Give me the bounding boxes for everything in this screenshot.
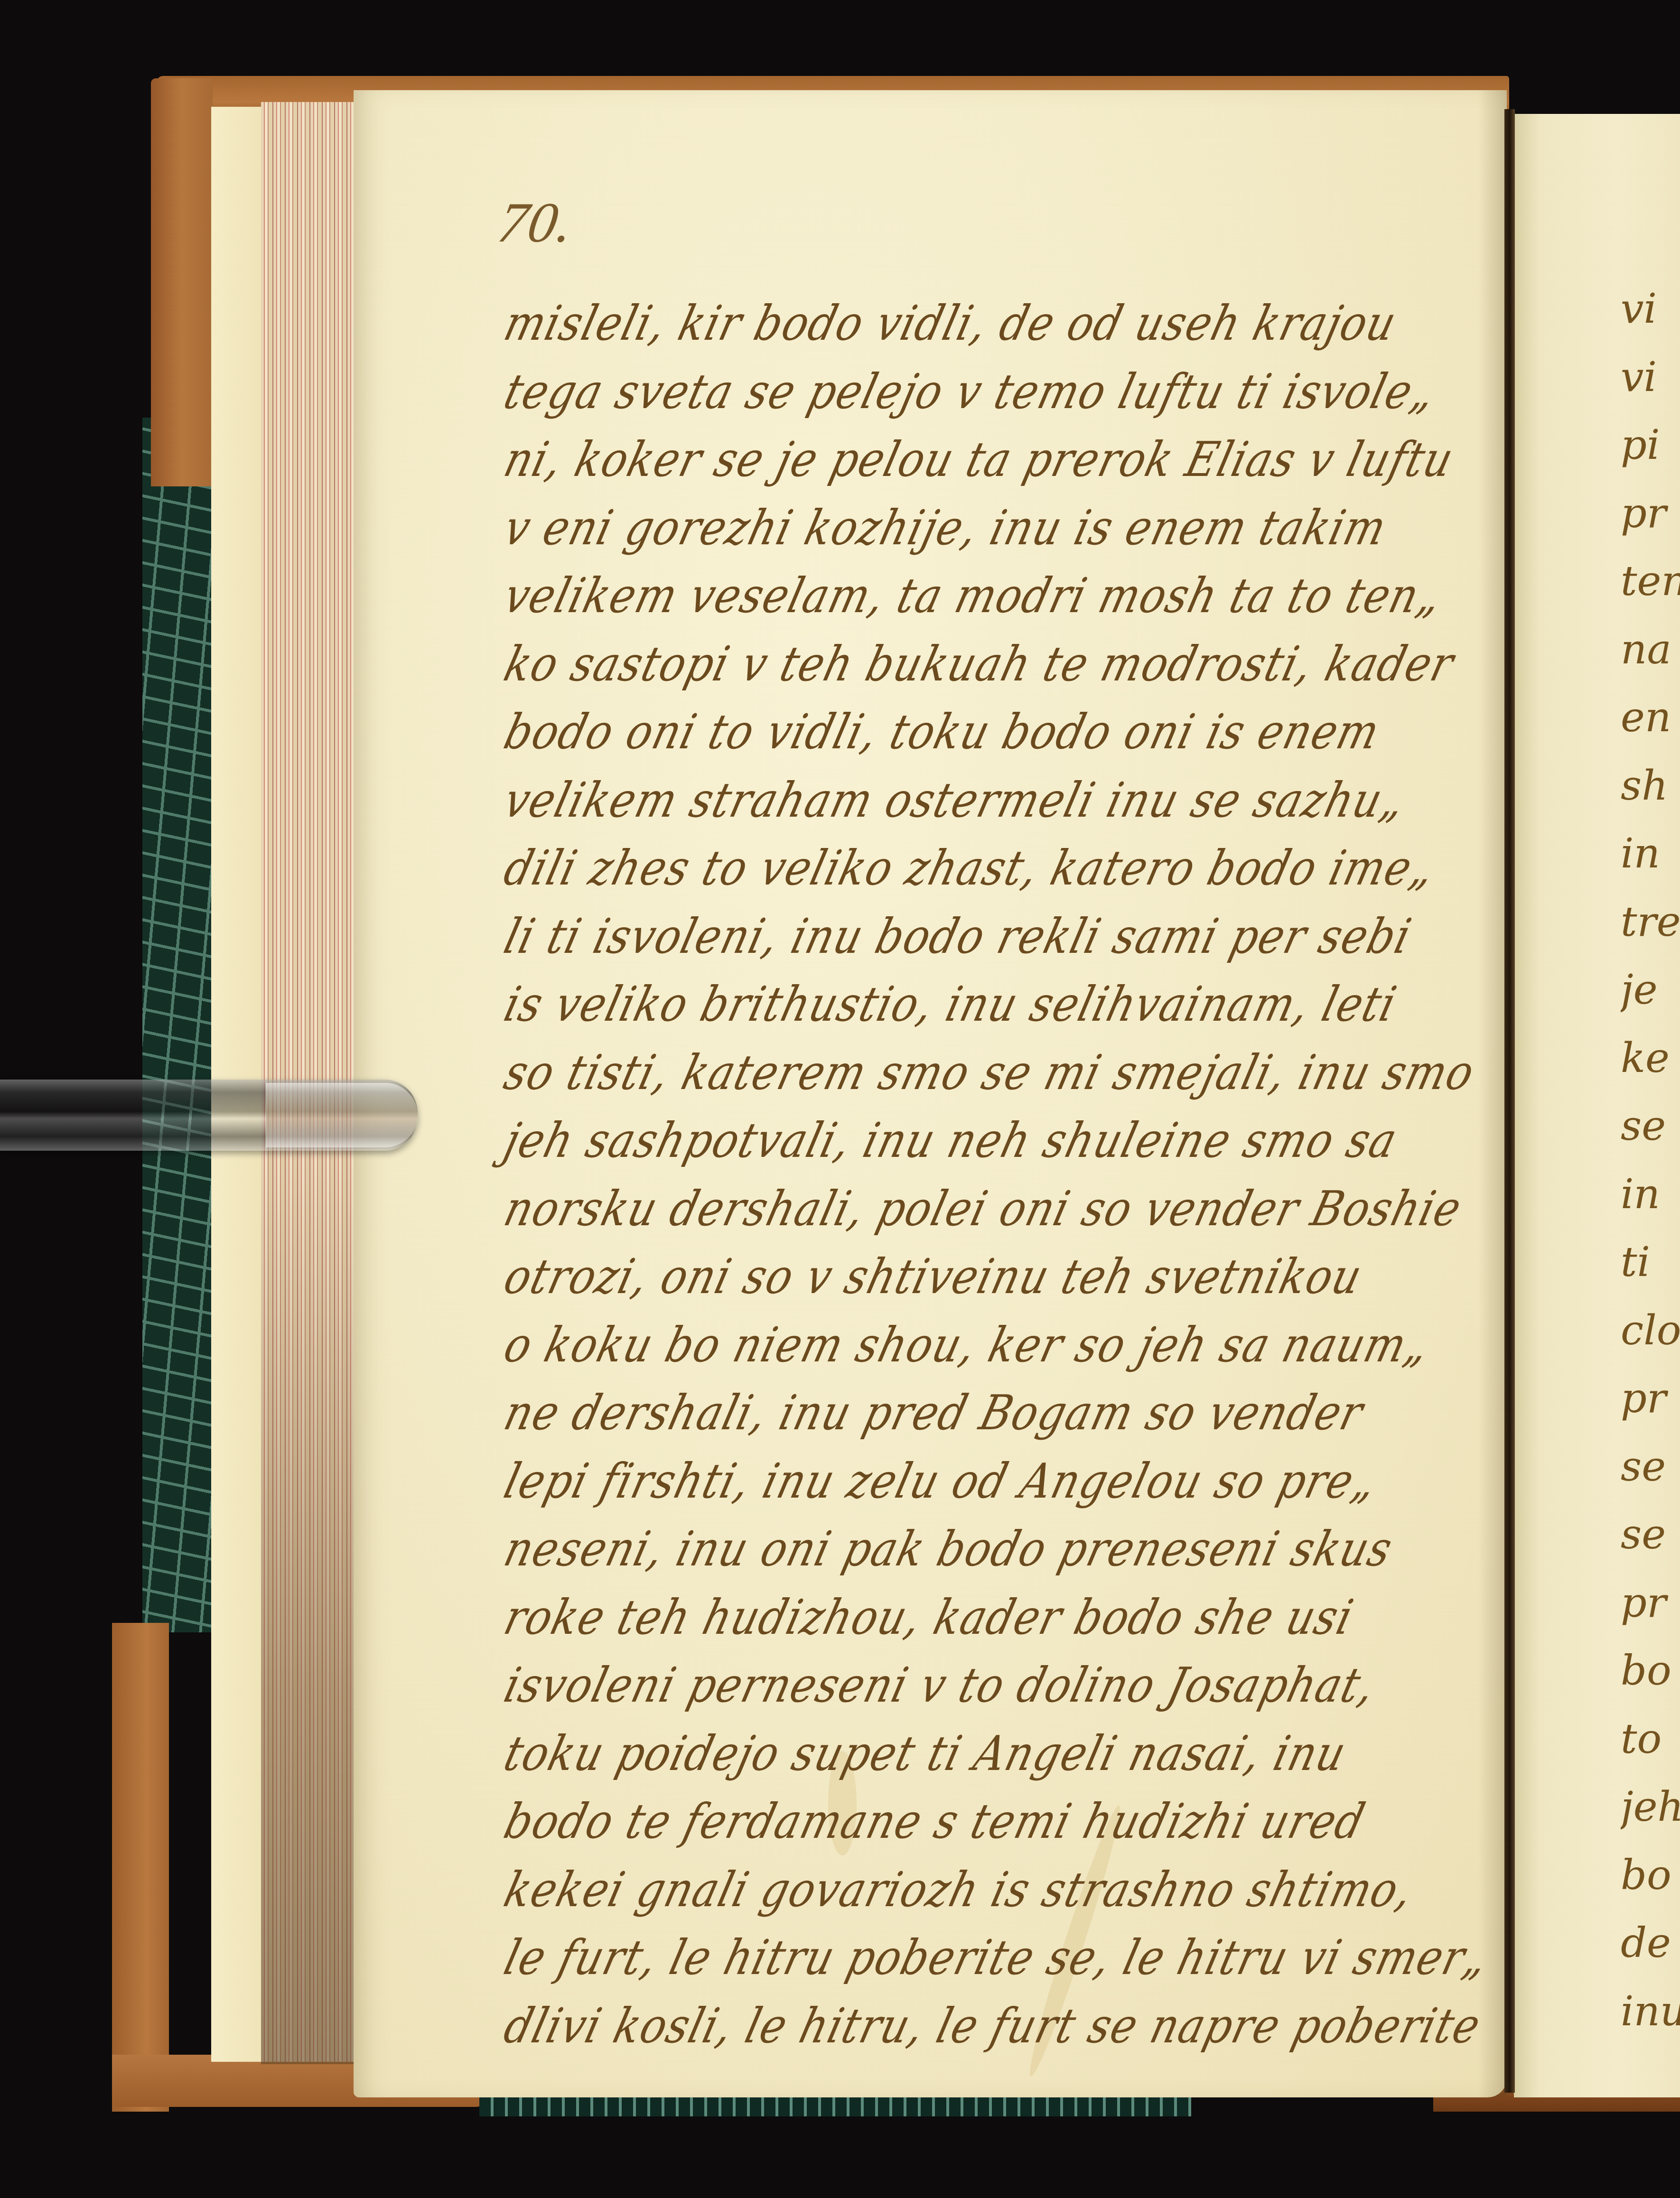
fragment-line: sh [1621,752,1680,820]
right-page-text-fragments: vi vi pi pr ten na en sh in tre je ke se… [1621,275,1680,2046]
leather-cover-corner-bottom [112,1623,169,2112]
green-endpaper [142,418,214,1632]
text-line: roke teh hudizhou, kader bodo she usi [496,1578,1484,1656]
fragment-line: vi [1621,344,1680,412]
fragment-line: en [1621,684,1680,752]
text-line: otrozi, oni so v shtiveinu teh svetnikou [496,1237,1484,1315]
fragment-line: se [1621,1433,1680,1501]
text-line: ne dershali, inu pred Bogam so vender [496,1373,1484,1452]
fragment-line: ten [1621,548,1680,616]
text-line: bodo oni to vidli, toku bodo oni is enem [496,692,1484,771]
fragment-line: de [1621,1909,1680,1978]
text-line: velikem veselam, ta modri mosh ta to ten… [496,556,1484,634]
fragment-line: to [1621,1705,1680,1774]
fragment-line: vi [1621,275,1680,344]
fragment-line: ti [1621,1229,1680,1297]
fragment-line: pr [1621,1569,1680,1638]
text-line: tega sveta se pelejo v temo luftu ti isv… [496,352,1484,430]
text-line: o koku bo niem shou, ker so jeh sa naum„ [496,1305,1484,1384]
text-line: ni, koker se je pelou ta prerok Elias v … [496,420,1484,498]
text-line: misleli, kir bodo vidli, de od useh kraj… [496,284,1484,362]
fragment-line: bo [1621,1842,1680,1910]
fragment-line: jeh [1621,1773,1680,1842]
text-line: neseni, inu oni pak bodo preneseni skus [496,1509,1484,1588]
text-line: norsku dershali, polei oni so vender Bos… [496,1169,1484,1248]
text-line: li ti isvoleni, inu bodo rekli sami per … [496,897,1484,975]
fragment-line: clo [1621,1297,1680,1365]
fragment-line: inu [1621,1978,1680,2046]
text-line: is veliko brithustio, inu selihvainam, l… [496,965,1484,1043]
text-line: dili zhes to veliko zhast, katero bodo i… [496,829,1484,907]
page-number: 70. [494,190,579,255]
page-edge-shading [261,1139,356,2064]
text-line: lepi firshti, inu zelu od Angelou so pre… [496,1442,1484,1520]
fragment-line: pr [1621,1365,1680,1433]
text-line: v eni gorezhi kozhije, inu is enem takim [496,488,1484,567]
fragment-line: tre [1621,888,1680,957]
book-gutter [1504,109,1515,2093]
fragment-line: ke [1621,1024,1680,1093]
text-line: jeh sashpotvali, inu neh shuleine smo sa [496,1101,1484,1179]
text-line: bodo te ferdamane s temi hudizhi ured [496,1782,1484,1860]
glass-rod-tip [266,1083,418,1147]
fragment-line: in [1621,820,1680,888]
fragment-line: na [1621,616,1680,684]
manuscript-text: misleli, kir bodo vidli, de od useh kraj… [496,294,1464,2065]
leather-cover-corner-top [151,78,213,486]
fragment-line: bo [1621,1637,1680,1705]
text-line: kekei gnali govariozh is strashno shtimo… [496,1850,1484,1928]
fragment-line: pi [1621,411,1680,480]
text-line: velikem straham ostermeli inu se sazhu„ [496,761,1484,839]
text-line: ko sastopi v teh bukuah te modrosti, kad… [496,624,1484,703]
text-line: isvoleni perneseni v to dolino Josaphat, [496,1646,1484,1724]
text-line: so tisti, katerem smo se mi smejali, inu… [496,1033,1484,1111]
fragment-line: in [1621,1161,1680,1229]
text-line: le furt, le hitru poberite se, le hitru … [496,1918,1484,1996]
fragment-line: pr [1621,480,1680,548]
text-line: dlivi kosli, le hitru, le furt se napre … [496,1986,1484,2065]
fragment-line: se [1621,1092,1680,1161]
fragment-line: se [1621,1501,1680,1569]
fragment-line: je [1621,956,1680,1024]
text-line: toku poidejo supet ti Angeli nasai, inu [496,1714,1484,1792]
